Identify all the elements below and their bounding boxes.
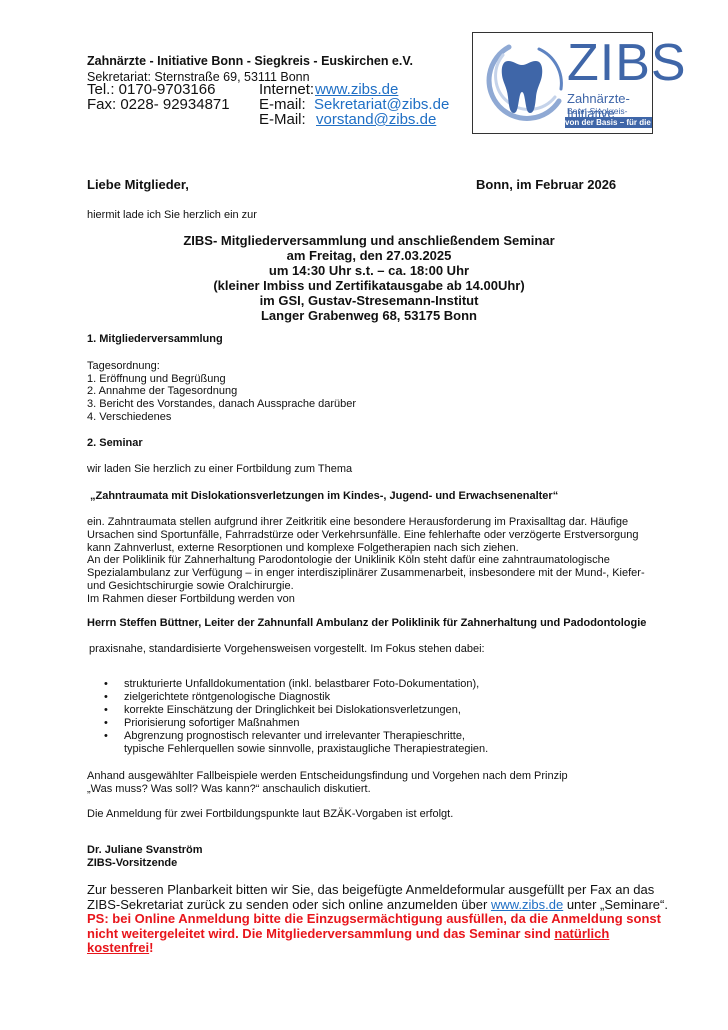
- event-address: Langer Grabenweg 68, 53175 Bonn: [10, 308, 728, 323]
- list-item: •zielgerichtete röntgenologische Diagnos…: [87, 691, 488, 704]
- seminar-description: ein. Zahntraumata stellen aufgrund ihrer…: [87, 516, 662, 606]
- principle-text: Anhand ausgewählter Fallbeispiele werden…: [87, 770, 568, 796]
- bullet-icon: •: [104, 691, 108, 704]
- org-name: Zahnärzte - Initiative Bonn - Siegkreis …: [87, 54, 413, 68]
- event-snack-note: (kleiner Imbiss und Zertifikatausgabe ab…: [10, 278, 728, 293]
- section-heading-seminar: 2. Seminar: [87, 437, 143, 449]
- bullet-icon: •: [104, 717, 108, 730]
- paragraph-line: Im Rahmen dieser Fortbildung werden von: [87, 593, 662, 606]
- event-time: um 14:30 Uhr s.t. – ca. 18:00 Uhr: [10, 263, 728, 278]
- agenda-item: 3. Bericht des Vorstandes, danach Ausspr…: [87, 398, 356, 411]
- section-heading-assembly: 1. Mitgliederversammlung: [87, 333, 223, 345]
- paragraph-line: und Gesichtschirurgie sowie Oralchirurgi…: [87, 580, 662, 593]
- list-item: •Abgrenzung prognostisch relevanter und …: [87, 730, 488, 743]
- email-label-board: E-Mail:: [259, 112, 306, 128]
- paragraph-line: kann Zahnverlust, externe Resorptionen u…: [87, 542, 662, 555]
- paragraph-line: An der Poliklinik für Zahnerhaltung Paro…: [87, 554, 662, 567]
- intro-text: hiermit lade ich Sie herzlich ein zur: [87, 209, 257, 221]
- list-item: •korrekte Einschätzung der Dringlichkeit…: [87, 704, 488, 717]
- list-item-continuation: typische Fehlerquellen sowie sinnvolle, …: [87, 743, 488, 756]
- list-item: •strukturierte Unfalldokumentation (inkl…: [87, 678, 488, 691]
- email-link-board[interactable]: vorstand@zibs.de: [316, 112, 436, 128]
- focus-intro: praxisnahe, standardisierte Vorgehenswei…: [89, 643, 485, 655]
- signature: Dr. Juliane Svanström ZIBS-Vorsitzende: [87, 844, 203, 870]
- signature-name: Dr. Juliane Svanström: [87, 844, 203, 857]
- event-details: ZIBS- Mitgliederversammlung und anschlie…: [0, 233, 728, 323]
- speaker: Herrn Steffen Büttner, Leiter der Zahnun…: [87, 617, 646, 629]
- event-venue: im GSI, Gustav-Stresemann-Institut: [10, 293, 728, 308]
- agenda-item: 1. Eröffnung und Begrüßung: [87, 373, 356, 386]
- seminar-topic: „Zahntraumata mit Dislokationsverletzung…: [90, 490, 558, 502]
- bullet-icon: •: [104, 678, 108, 691]
- list-item: •Priorisierung sofortiger Maßnahmen: [87, 717, 488, 730]
- cme-points-note: Die Anmeldung für zwei Fortbildungspunkt…: [87, 808, 453, 820]
- tooth-icon: [479, 39, 565, 127]
- bullet-icon: •: [104, 730, 108, 743]
- fax-number: Fax: 0228- 92934871: [87, 97, 230, 113]
- paragraph-line: Ursachen sind Sportunfälle, Fahrradstürz…: [87, 529, 662, 542]
- seminar-intro: wir laden Sie herzlich zu einer Fortbild…: [87, 463, 352, 475]
- signature-role: ZIBS-Vorsitzende: [87, 857, 203, 870]
- agenda-title: Tagesordnung:: [87, 360, 356, 373]
- greeting: Liebe Mitglieder,: [87, 177, 189, 192]
- focus-list: •strukturierte Unfalldokumentation (inkl…: [87, 678, 488, 756]
- registration-link[interactable]: www.zibs.de: [491, 897, 563, 912]
- event-date: am Freitag, den 27.03.2025: [10, 248, 728, 263]
- closing-paragraph: Zur besseren Planbarkeit bitten wir Sie,…: [87, 883, 677, 956]
- logo-title: ZIBS: [567, 37, 687, 89]
- paragraph-line: Spezialambulanz zur Verfügung – in enger…: [87, 567, 662, 580]
- agenda-item: 2. Annahme der Tagesordnung: [87, 385, 356, 398]
- letter-date: Bonn, im Februar 2026: [476, 177, 616, 192]
- event-title: ZIBS- Mitgliederversammlung und anschlie…: [10, 233, 728, 248]
- agenda-item: 4. Verschiedenes: [87, 411, 356, 424]
- agenda: Tagesordnung: 1. Eröffnung und Begrüßung…: [87, 360, 356, 424]
- logo-tagline: von der Basis – für die Basis: [565, 117, 652, 128]
- paragraph-line: ein. Zahntraumata stellen aufgrund ihrer…: [87, 516, 662, 529]
- bullet-icon: •: [104, 704, 108, 717]
- zibs-logo: ZIBS Zahnärzte-Initiative Bonn-Siegkreis…: [472, 32, 653, 134]
